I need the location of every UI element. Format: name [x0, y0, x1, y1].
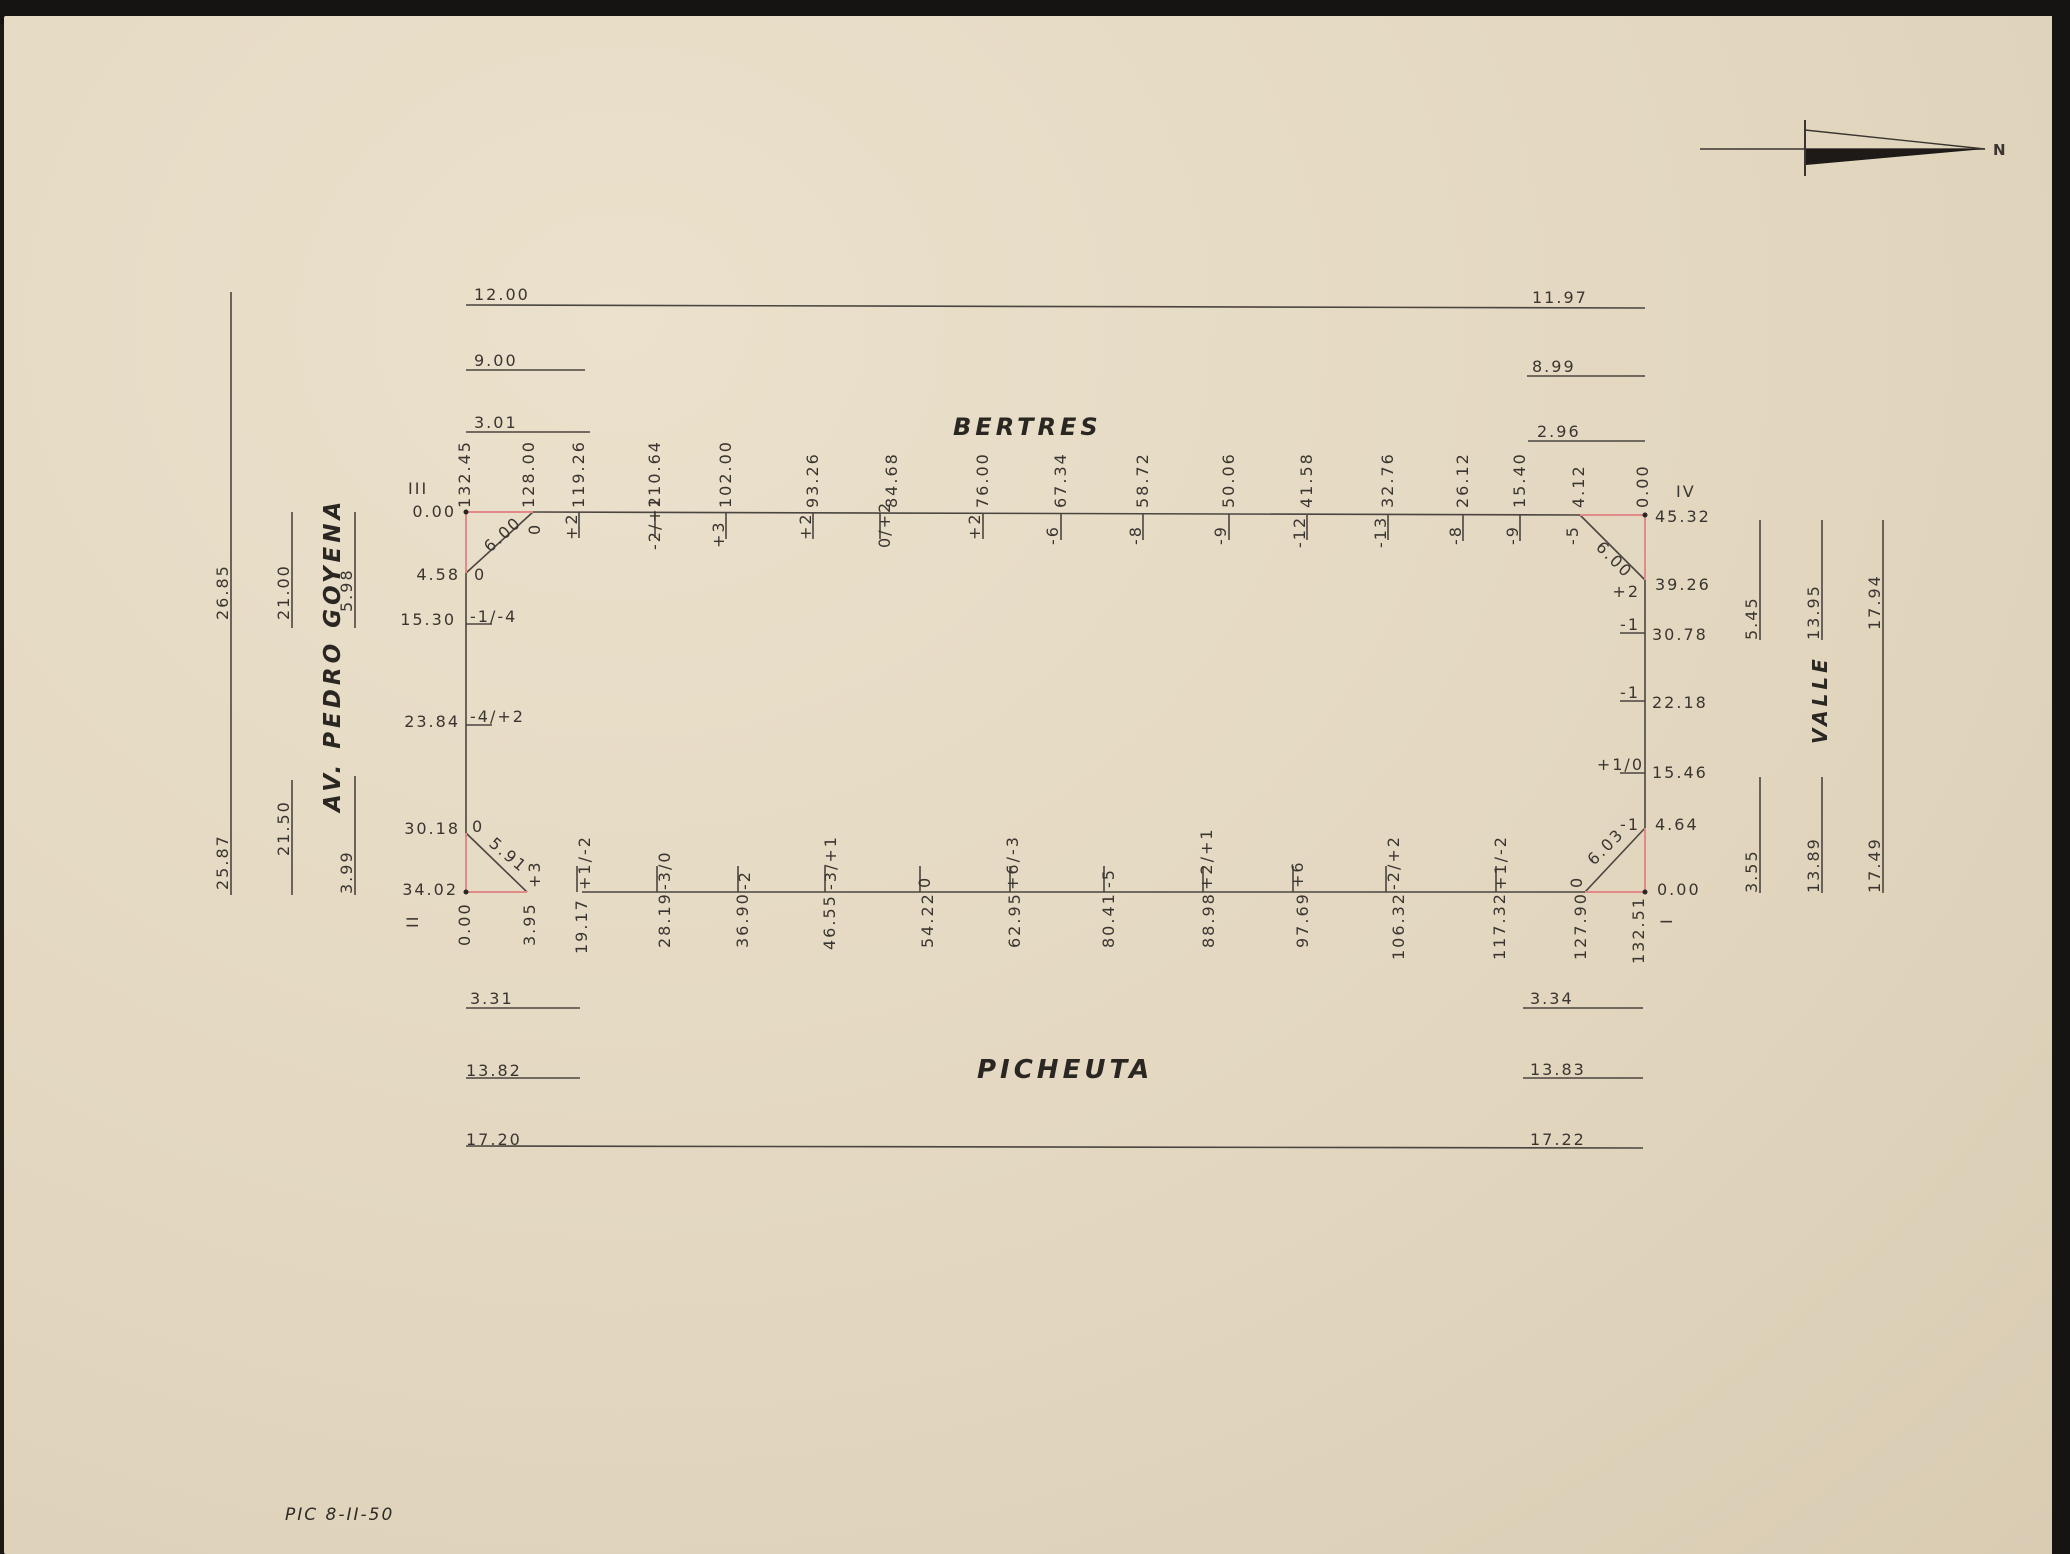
bottom-station-labels: 0.00 3.95 19.17 28.19 36.90 46.55 54.22 …	[455, 892, 1648, 964]
level-label: -1	[1620, 815, 1640, 834]
offset-line-17	[466, 1146, 1643, 1148]
offset-label: 13.82	[466, 1061, 522, 1080]
station-label: 102.00	[716, 440, 735, 508]
offset-label: 17.49	[1865, 837, 1884, 893]
level-label: -8	[1126, 525, 1145, 545]
station-label: 3.95	[520, 902, 539, 946]
level-label: -2/+2	[1384, 835, 1403, 890]
offset-label: 12.00	[474, 285, 530, 304]
street-name-bottom: PICHEUTA	[977, 1055, 1153, 1085]
station-label: 23.84	[404, 712, 460, 731]
corner-label-iv: IV	[1676, 482, 1696, 501]
station-label: 119.26	[569, 440, 588, 508]
top-station-labels: 132.45 128.00 119.26 110.64 102.00 93.26…	[455, 440, 1652, 508]
corner-label-ii: II	[403, 915, 422, 928]
level-label: -1	[1620, 683, 1640, 702]
corner-label-i: I	[1657, 917, 1676, 924]
station-label: 97.69	[1293, 892, 1312, 948]
offset-label: 5.98	[337, 568, 356, 612]
bottom-ticks	[577, 866, 1496, 892]
station-label: 0.00	[1633, 464, 1652, 508]
offset-label: 3.31	[470, 989, 514, 1008]
offset-label: 13.83	[1530, 1060, 1586, 1079]
station-label: 93.26	[803, 452, 822, 508]
station-label: 80.41	[1099, 892, 1118, 948]
station-label: 88.98	[1199, 892, 1218, 948]
station-label: 106.32	[1389, 892, 1408, 960]
station-label: 26.12	[1453, 452, 1472, 508]
station-label: 62.95	[1005, 892, 1024, 948]
right-level-labels: +2 -1 -1 +1/0 -1	[1597, 582, 1644, 834]
station-label: 132.45	[455, 440, 474, 508]
level-label: -5	[1099, 868, 1118, 888]
level-label: 0	[474, 565, 486, 584]
offset-label: 26.85	[213, 564, 232, 620]
station-label: 46.55	[820, 894, 839, 950]
offset-label: 21.50	[274, 800, 293, 856]
level-label: +2	[965, 512, 984, 540]
level-label: -3/+1	[821, 835, 840, 890]
red-boundary	[466, 512, 1645, 892]
station-label: 117.32	[1490, 892, 1509, 960]
station-label: 32.76	[1378, 452, 1397, 508]
station-label: 39.26	[1655, 575, 1711, 594]
side-ticks	[466, 624, 1645, 773]
street-name-right: VALLE	[1808, 655, 1832, 744]
level-label: 0	[472, 817, 484, 836]
north-arrow-icon: N	[1700, 120, 2008, 176]
level-label: 0	[915, 876, 934, 888]
level-label: -5	[1563, 525, 1582, 545]
station-label: 4.12	[1569, 464, 1588, 508]
offset-label: 21.00	[274, 564, 293, 620]
chamfer-labels: 6.00 6.00 5.91 6.03	[480, 513, 1636, 876]
station-label: 127.90	[1571, 892, 1590, 960]
level-label: +2/+1	[1197, 827, 1216, 890]
station-label: 34.02	[402, 880, 458, 899]
station-label: 4.58	[416, 565, 460, 584]
level-label: +6/-3	[1003, 835, 1022, 890]
corner-label-iii: III	[408, 479, 428, 498]
offset-label: 2.96	[1537, 422, 1581, 441]
station-label: 67.34	[1051, 452, 1070, 508]
level-label: -13	[1371, 516, 1390, 548]
level-label: -3/0	[655, 850, 674, 890]
station-label: 50.06	[1219, 452, 1238, 508]
level-label: 0	[1567, 876, 1586, 888]
station-label: 84.68	[882, 452, 901, 508]
station-label: 0.00	[455, 902, 474, 946]
station-label: 4.64	[1655, 815, 1699, 834]
level-label: -4/+2	[470, 707, 525, 726]
offset-label: 8.99	[1532, 357, 1576, 376]
bottom-level-labels: +3 +1/-2 -3/0 -2 -3/+1 0 +6/-3 -5 +2/+1 …	[525, 827, 1586, 890]
survey-plan: N BERTRES PICHEUTA AV. PEDRO GOYENA VALL…	[0, 0, 2070, 1554]
street-name-top: BERTRES	[953, 413, 1102, 441]
level-label: -9	[1211, 525, 1230, 545]
station-label: 0.00	[1657, 880, 1701, 899]
chamfer-label: 6.00	[480, 513, 525, 556]
level-label: -1	[1620, 615, 1640, 634]
level-label: +1/0	[1597, 755, 1644, 774]
station-label: 45.32	[1655, 507, 1711, 526]
offset-label: 3.99	[337, 850, 356, 894]
north-label: N	[1993, 141, 2008, 159]
offset-label: 3.01	[474, 413, 518, 432]
level-label: -8	[1446, 525, 1465, 545]
offset-label: 17.20	[466, 1130, 522, 1149]
street-name-left: AV. PEDRO GOYENA	[320, 498, 346, 814]
station-label: 15.30	[400, 610, 456, 629]
station-label: 128.00	[519, 440, 538, 508]
level-label: -1/-4	[470, 607, 517, 626]
block-edge-top	[533, 512, 1580, 515]
station-label: 19.17	[572, 898, 591, 954]
level-label: -12	[1290, 516, 1309, 548]
offset-label: 11.97	[1532, 288, 1588, 307]
offset-line-12	[466, 305, 1645, 308]
right-station-labels: 45.32 39.26 30.78 22.18 15.46 4.64 0.00	[1652, 507, 1711, 899]
station-label: 54.22	[918, 892, 937, 948]
station-label: 15.46	[1652, 763, 1708, 782]
level-label: +1/-2	[575, 835, 594, 890]
level-label: -2	[735, 870, 754, 890]
chamfer-label: 6.00	[1592, 537, 1636, 581]
document-stamp: PIC 8-II-50	[285, 1505, 394, 1525]
offset-label: 3.55	[1742, 849, 1761, 893]
station-label: 30.78	[1652, 625, 1708, 644]
station-label: 28.19	[655, 892, 674, 948]
station-label: 0.00	[412, 502, 456, 521]
left-station-labels: 0.00 4.58 15.30 23.84 30.18 34.02	[400, 502, 460, 899]
offset-label: 13.89	[1804, 837, 1823, 893]
offset-label: 17.22	[1530, 1130, 1586, 1149]
level-label: +3	[709, 520, 728, 548]
offset-label: 25.87	[213, 834, 232, 890]
station-label: 30.18	[404, 819, 460, 838]
level-label: -9	[1503, 525, 1522, 545]
level-label: +1/-2	[1491, 835, 1510, 890]
level-label: -6	[1043, 525, 1062, 545]
station-label: 15.40	[1510, 452, 1529, 508]
offset-label: 13.95	[1804, 584, 1823, 640]
left-level-labels: 0 -1/-4 -4/+2 0	[470, 565, 525, 836]
station-label: 41.58	[1297, 452, 1316, 508]
level-label: 0/+2	[875, 501, 894, 548]
level-label: +2	[562, 512, 581, 540]
level-label: -2/+2	[645, 495, 664, 550]
station-label: 22.18	[1652, 693, 1708, 712]
station-label: 76.00	[973, 452, 992, 508]
level-label: +6	[1288, 860, 1307, 888]
offset-label: 9.00	[474, 351, 518, 370]
level-label: +2	[796, 512, 815, 540]
station-label: 36.90	[733, 892, 752, 948]
station-label: 132.51	[1629, 896, 1648, 964]
offset-label: 5.45	[1742, 596, 1761, 640]
offset-label: 3.34	[1530, 989, 1574, 1008]
offset-label: 17.94	[1865, 574, 1884, 630]
station-label: 58.72	[1133, 452, 1152, 508]
corner-points	[464, 510, 1648, 895]
level-label: 0	[525, 523, 544, 535]
level-label: +2	[1612, 582, 1640, 601]
